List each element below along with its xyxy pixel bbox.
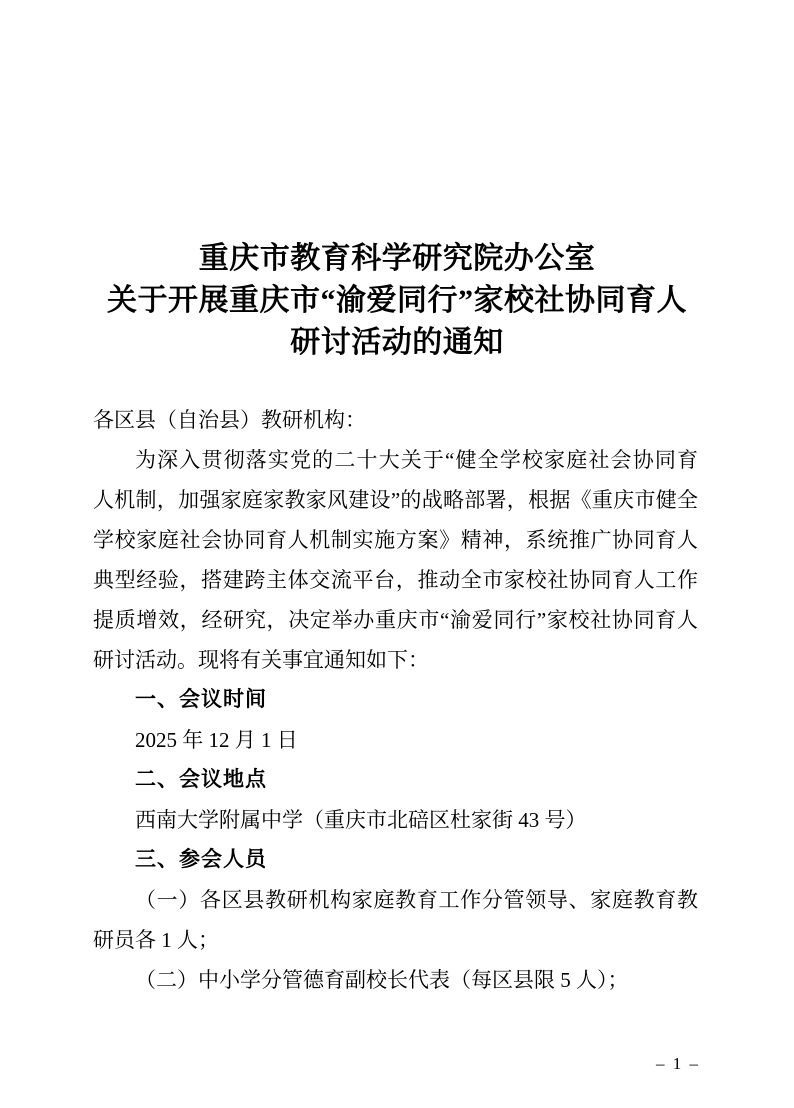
intro-line-4: 典型经验，搭建跨主体交流平台，推动全市家校社协同育人工作 xyxy=(93,560,698,600)
salutation: 各区县（自治县）教研机构： xyxy=(93,400,698,440)
intro-line-6: 研讨活动。现将有关事宜通知如下： xyxy=(93,640,698,680)
page-number: – 1 – xyxy=(656,1052,700,1076)
heading-attendees: 三、参会人员 xyxy=(93,840,698,880)
title-line-2: 关于开展重庆市“渝爱同行”家校社协同育人 xyxy=(0,280,794,322)
attendee-item-2: （二）中小学分管德育副校长代表（每区县限 5 人）； xyxy=(93,960,698,1000)
meeting-date: 2025 年 12 月 1 日 xyxy=(93,720,698,760)
attendee-item-1-line-1: （一）各区县教研机构家庭教育工作分管领导、家庭教育教 xyxy=(93,880,698,920)
title-line-3: 研讨活动的通知 xyxy=(0,322,794,364)
document-page: 重庆市教育科学研究院办公室 关于开展重庆市“渝爱同行”家校社协同育人 研讨活动的… xyxy=(0,0,794,1108)
heading-meeting-location: 二、会议地点 xyxy=(93,760,698,800)
intro-line-1: 为深入贯彻落实党的二十大关于“健全学校家庭社会协同育 xyxy=(93,440,698,480)
document-title: 重庆市教育科学研究院办公室 关于开展重庆市“渝爱同行”家校社协同育人 研讨活动的… xyxy=(0,238,794,364)
intro-line-3: 学校家庭社会协同育人机制实施方案》精神，系统推广协同育人 xyxy=(93,520,698,560)
heading-meeting-time: 一、会议时间 xyxy=(93,680,698,720)
meeting-location: 西南大学附属中学（重庆市北碚区杜家街 43 号） xyxy=(93,800,698,840)
intro-line-5: 提质增效，经研究，决定举办重庆市“渝爱同行”家校社协同育人 xyxy=(93,600,698,640)
document-body: 各区县（自治县）教研机构： 为深入贯彻落实党的二十大关于“健全学校家庭社会协同育… xyxy=(93,400,698,1000)
title-line-1: 重庆市教育科学研究院办公室 xyxy=(0,238,794,280)
attendee-item-1-line-2: 研员各 1 人； xyxy=(93,920,698,960)
intro-line-2: 人机制，加强家庭家教家风建设”的战略部署，根据《重庆市健全 xyxy=(93,480,698,520)
